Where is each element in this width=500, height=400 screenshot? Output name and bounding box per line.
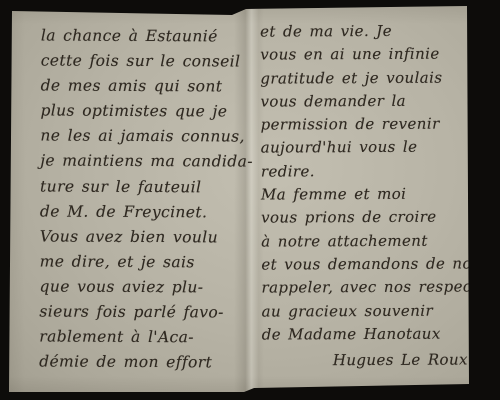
handwritten-line: à notre attachement [261, 231, 469, 255]
handwritten-line: de Madame Hanotaux [262, 324, 470, 348]
handwritten-line: je maintiens ma candida- [40, 152, 248, 178]
signature: Hugues Le Roux [262, 351, 470, 375]
handwritten-line: vous demander la [260, 91, 468, 115]
letter-scan: la chance à Estaunié cette fois sur le c… [0, 0, 500, 400]
handwritten-line: vous en ai une infinie [260, 45, 468, 69]
handwritten-line: de M. de Freycinet. [40, 202, 248, 228]
handwritten-line: ture sur le fauteuil [40, 177, 248, 203]
handwritten-line: démie de mon effort [39, 353, 247, 379]
handwritten-line: la chance à Estaunié [41, 26, 249, 52]
handwritten-line: que vous aviez plu- [39, 277, 247, 303]
handwritten-line: rappeler, avec nos respects, [261, 278, 469, 302]
handwritten-line: aujourd'hui vous le [261, 138, 469, 162]
handwritten-line: Ma femme et moi [261, 185, 469, 209]
handwritten-line: me dire, et je sais [40, 252, 248, 278]
handwritten-line: ne les ai jamais connus, [40, 127, 248, 153]
handwritten-line: plus optimistes que je [40, 102, 248, 128]
handwritten-line: redire. [261, 161, 469, 185]
letter-sheet: la chance à Estaunié cette fois sur le c… [0, 0, 500, 400]
handwritten-line: gratitude et je voulais [260, 68, 468, 92]
handwritten-line: rablement à l'Aca- [39, 328, 247, 354]
handwritten-line: cette fois sur le conseil [41, 52, 249, 78]
handwritten-line: et vous demandons de nous [261, 254, 469, 278]
handwritten-line: sieurs fois parlé favo- [39, 302, 247, 328]
handwritten-line: vous prions de croire [261, 208, 469, 232]
handwritten-line: au gracieux souvenir [262, 301, 470, 325]
handwritten-line: de mes amis qui sont [41, 77, 249, 103]
letter-right-page: et de ma vie. Je vous en ai une infinie … [260, 21, 470, 375]
handwritten-line: permission de revenir [261, 115, 469, 139]
handwritten-line: et de ma vie. Je [260, 21, 468, 45]
handwritten-line: Vous avez bien voulu [40, 227, 248, 253]
letter-left-page: la chance à Estaunié cette fois sur le c… [39, 26, 249, 378]
